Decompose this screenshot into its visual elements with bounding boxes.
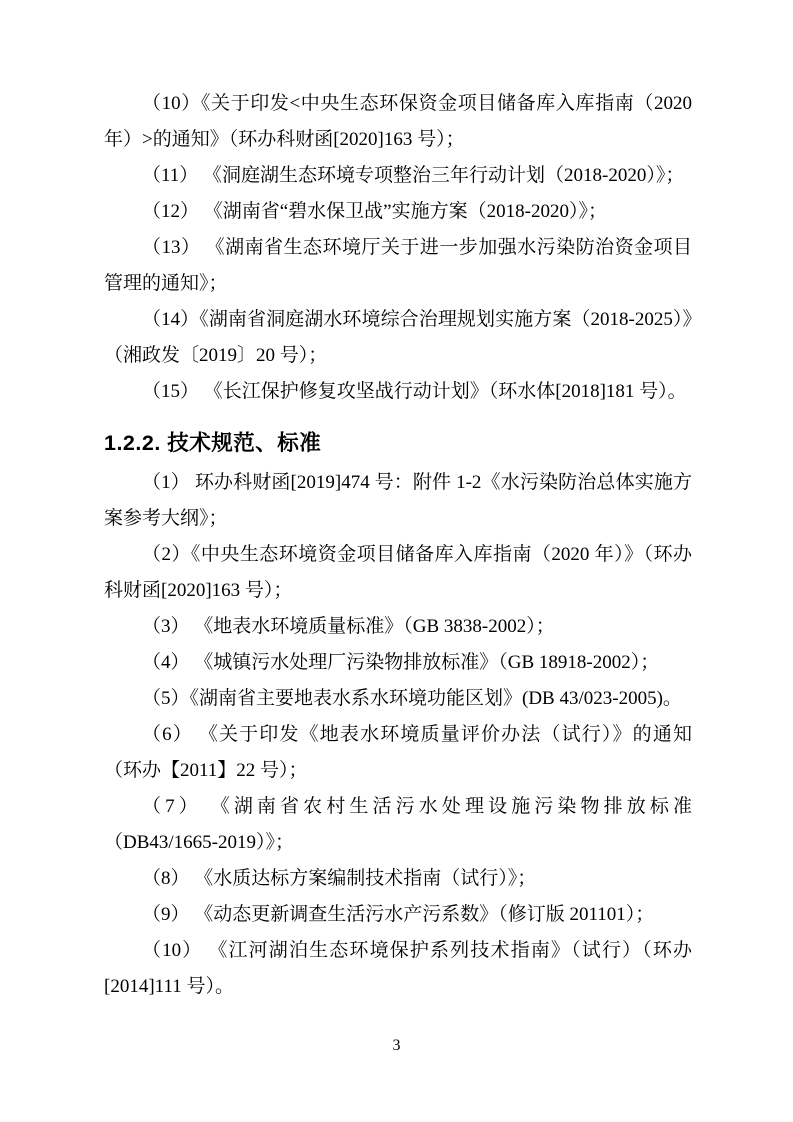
document-content: （10）《关于印发<中央生态环保资金项目储备库入库指南（2020 年）>的通知》… bbox=[104, 86, 692, 1005]
page-number: 3 bbox=[393, 1037, 401, 1054]
paragraph: （10）《关于印发<中央生态环保资金项目储备库入库指南（2020 年）>的通知》… bbox=[104, 86, 692, 158]
document-page: （10）《关于印发<中央生态环保资金项目储备库入库指南（2020 年）>的通知》… bbox=[0, 0, 793, 1122]
paragraph: （10） 《江河湖泊生态环境保护系列技术指南》（试行）（环办[2014]111 … bbox=[104, 933, 692, 1005]
paragraph: （13） 《湖南省生态环境厅关于进一步加强水污染防治资金项目管理的通知》； bbox=[104, 230, 692, 302]
paragraph: （6） 《关于印发《地表水环境质量评价办法（试行）》的通知（环办【2011】22… bbox=[104, 717, 692, 789]
page-footer: 3 bbox=[0, 1036, 793, 1056]
paragraph: （3） 《地表水环境质量标准》（GB 3838-2002）； bbox=[104, 609, 692, 645]
section-heading: 1.2.2. 技术规范、标准 bbox=[104, 423, 692, 463]
paragraph: （7） 《湖南省农村生活污水处理设施污染物排放标准（DB43/1665-2019… bbox=[104, 789, 692, 861]
paragraph: （2）《中央生态环境资金项目储备库入库指南（2020 年）》（环办科财函[202… bbox=[104, 537, 692, 609]
paragraph: （8） 《水质达标方案编制技术指南（试行）》； bbox=[104, 861, 692, 897]
paragraph: （11） 《洞庭湖生态环境专项整治三年行动计划（2018-2020）》； bbox=[104, 158, 692, 194]
paragraph: （1） 环办科财函[2019]474 号：附件 1-2《水污染防治总体实施方案参… bbox=[104, 465, 692, 537]
paragraph: （12） 《湖南省“碧水保卫战”实施方案（2018-2020）》； bbox=[104, 194, 692, 230]
paragraph: （15） 《长江保护修复攻坚战行动计划》（环水体[2018]181 号）。 bbox=[104, 374, 692, 410]
paragraph: （9） 《动态更新调查生活污水产污系数》（修订版 201101）； bbox=[104, 897, 692, 933]
paragraph: （4） 《城镇污水处理厂污染物排放标准》（GB 18918-2002）； bbox=[104, 645, 692, 681]
paragraph: （14）《湖南省洞庭湖水环境综合治理规划实施方案（2018-2025）》（湘政发… bbox=[104, 302, 692, 374]
paragraph: （5）《湖南省主要地表水系水环境功能区划》(DB 43/023-2005)。 bbox=[104, 681, 692, 717]
